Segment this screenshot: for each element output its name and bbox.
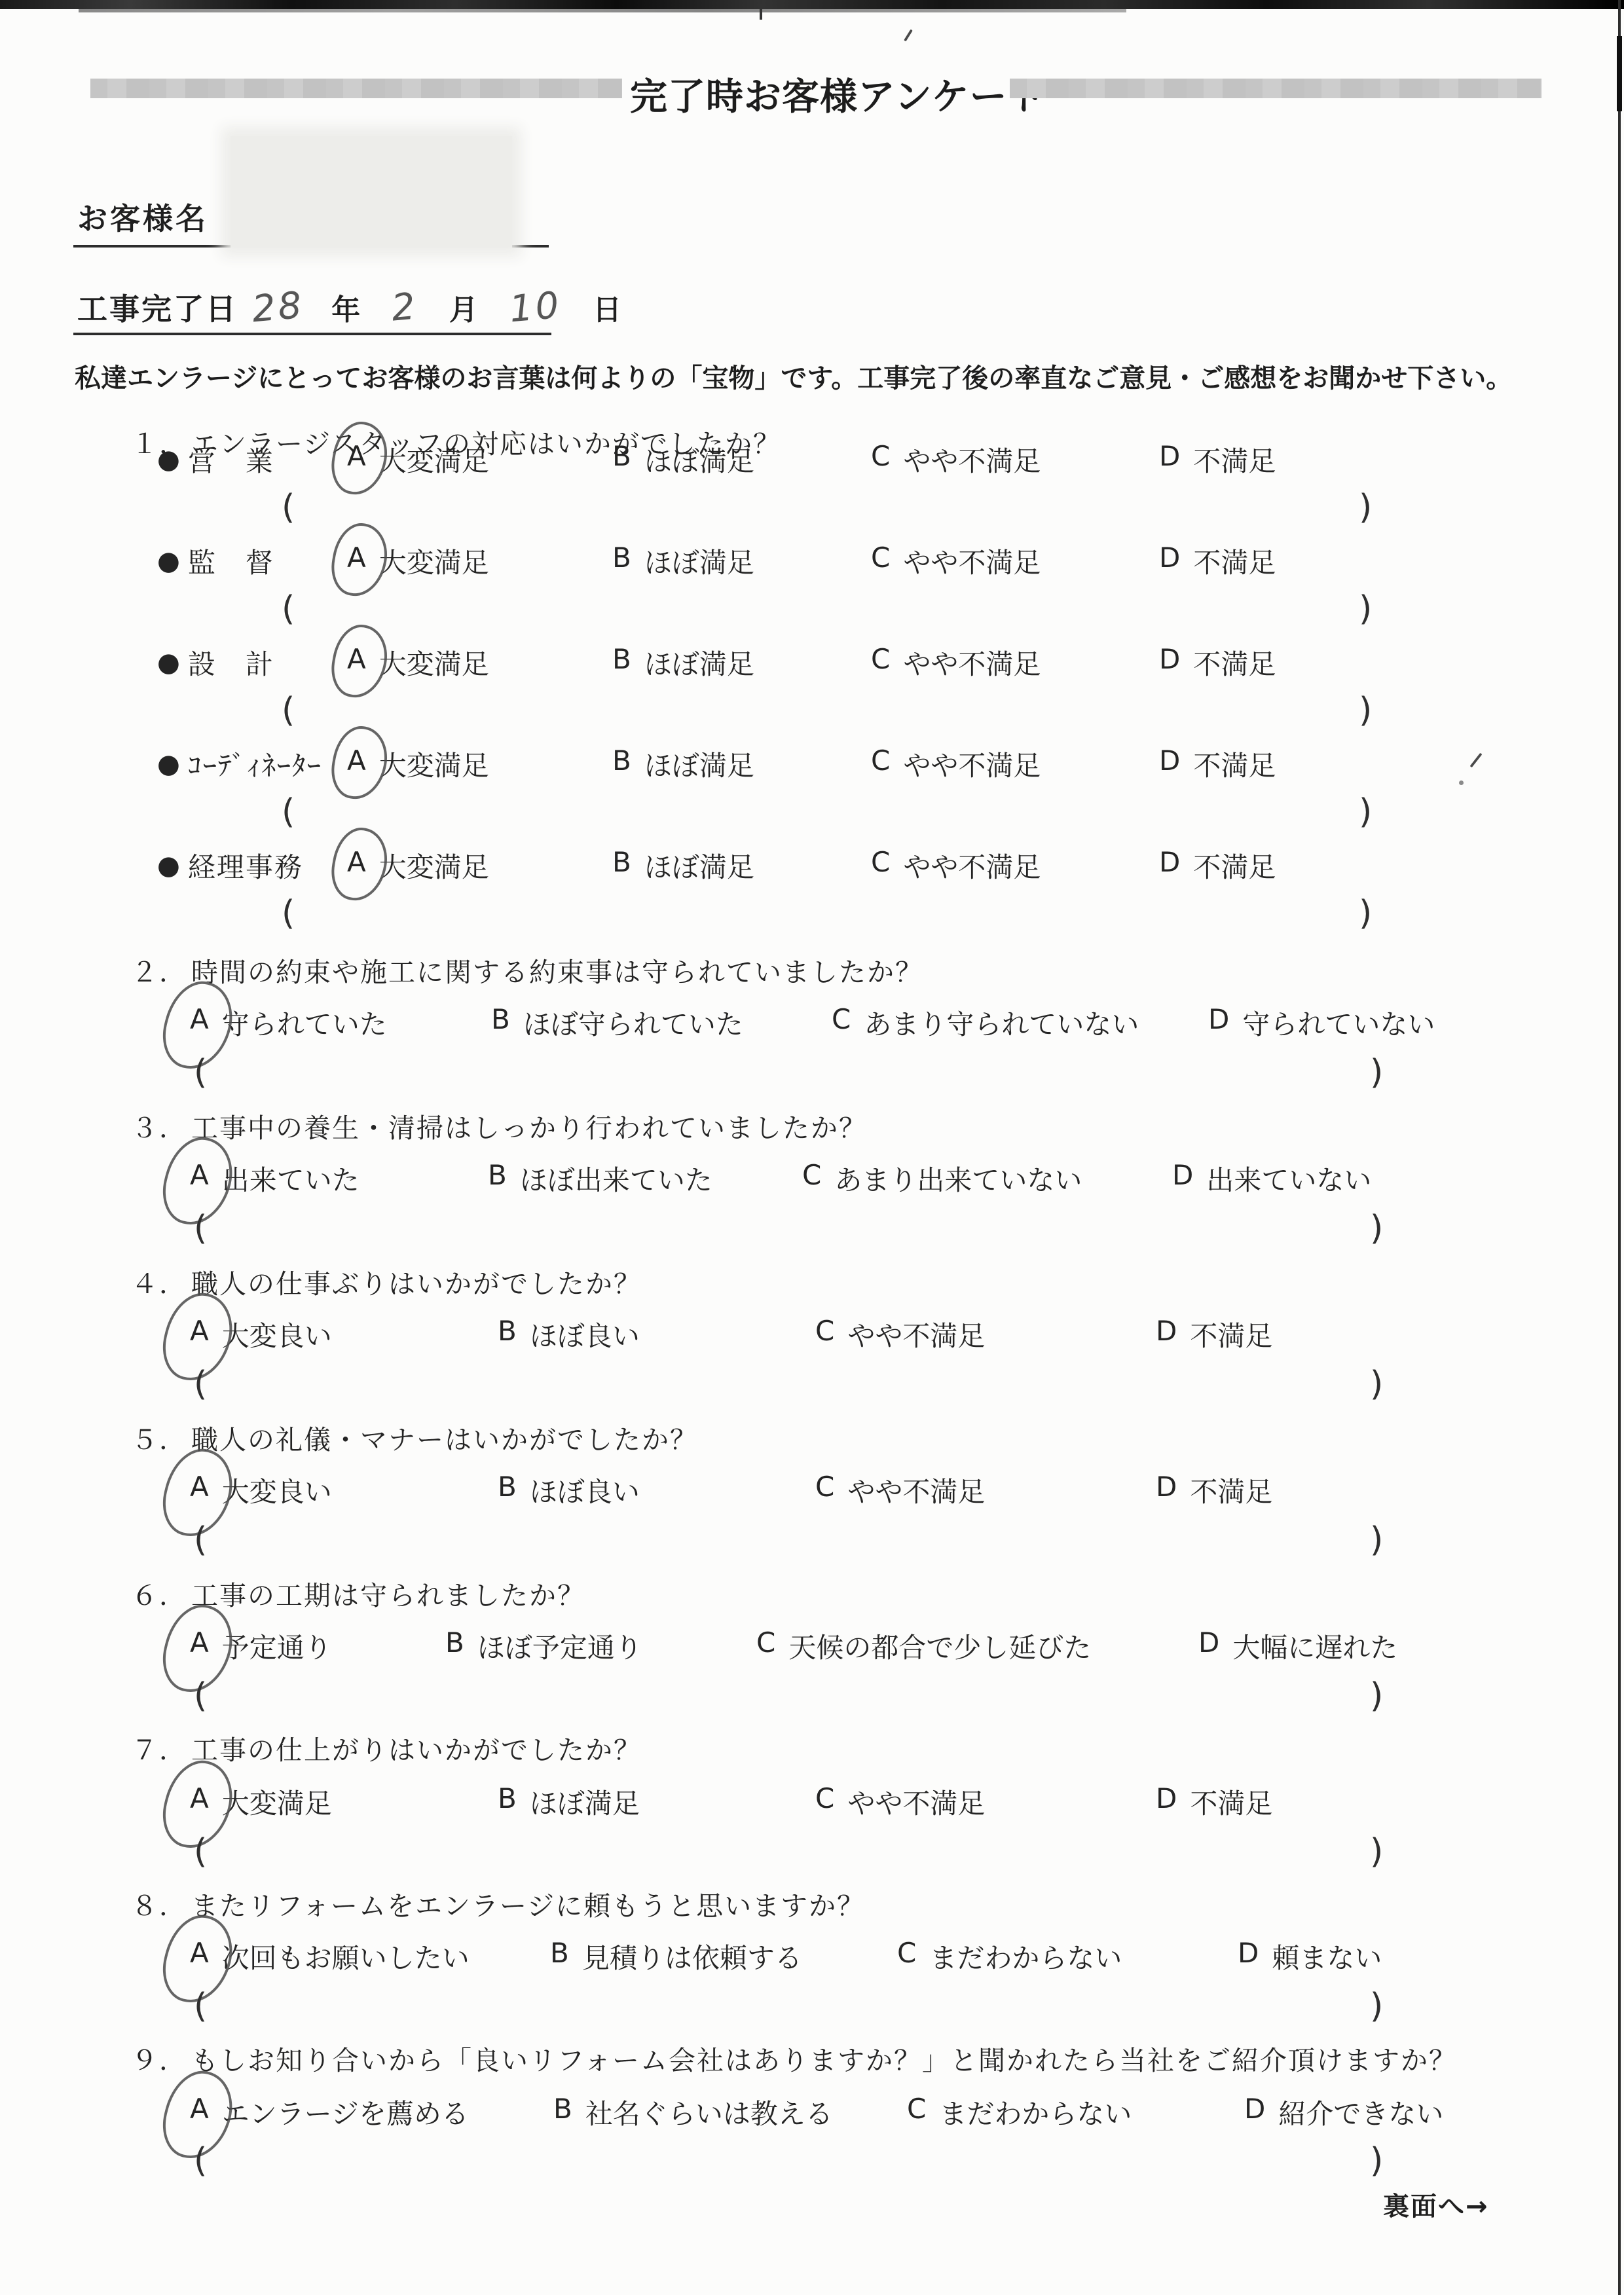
q4-option-d: D不満足 — [1156, 1315, 1272, 1354]
option-label: 大変良い — [222, 1471, 332, 1510]
q5-option-d: D不満足 — [1156, 1471, 1272, 1510]
header-decoration-bar-right — [1010, 79, 1541, 98]
question-number: ６． — [131, 1580, 187, 1611]
comment-paren-open: ( — [282, 792, 295, 832]
option-letter: C — [756, 1626, 775, 1666]
question-text: 職人の礼儀・マナーはいかがでしたか？ — [191, 1424, 698, 1456]
option-letter: D — [1159, 440, 1180, 479]
scan-edge-right — [1618, 0, 1621, 2295]
handwritten-answer-circle — [327, 824, 392, 906]
question-text: 時間の約束や施工に関する約束事は守られていましたか？ — [191, 957, 923, 988]
handwritten-answer-circle — [327, 722, 392, 804]
completion-date-underline — [73, 333, 551, 335]
option-label: あまり出来ていない — [834, 1159, 1082, 1198]
q2-option-c: Cあまり守られていない — [832, 1003, 1208, 1042]
page-header: 完了時お客様アンケート — [0, 72, 1624, 111]
option-letter: C — [871, 440, 890, 479]
question-5-title: ５．職人の礼儀・マナーはいかがでしたか？ — [131, 1418, 698, 1457]
comment-paren-open: ( — [194, 1053, 207, 1092]
q6-option-a: A予定通り — [190, 1626, 445, 1666]
option-label: 出来ていない — [1206, 1159, 1371, 1198]
q6-option-c: C天候の都合で少し延びた — [756, 1626, 1198, 1666]
option-label: 不満足 — [1190, 1471, 1272, 1510]
option-label: 大変満足 — [379, 440, 489, 479]
q2-option-b: Bほぼ守られていた — [491, 1003, 832, 1042]
option-letter: D — [1159, 744, 1180, 784]
q1-accounting-option-d: D不満足 — [1159, 846, 1276, 885]
option-label: エンラージを薦める — [222, 2093, 469, 2132]
q6-option-b: Bほぼ予定通り — [445, 1626, 756, 1666]
option-label: 不満足 — [1193, 643, 1276, 682]
option-label: 大幅に遅れた — [1232, 1626, 1397, 1666]
question-text: 工事の工期は守られましたか？ — [191, 1580, 585, 1611]
option-label: ほぼ予定通り — [477, 1626, 642, 1666]
q4-option-b: Bほぼ良い — [498, 1315, 815, 1354]
customer-name-label: お客様名 — [77, 195, 208, 238]
handwritten-month: 2 — [390, 285, 420, 329]
stray-pen-mark — [1469, 753, 1482, 768]
question-text: またリフォームをエンラージに頼もうと思いますか？ — [191, 1890, 865, 1922]
q1-row-accounting: ●経理事務 A大変満足 Bほぼ満足 Cやや不満足 D不満足 — [157, 846, 1276, 885]
comment-paren-close: ) — [1370, 1520, 1383, 1560]
option-label: 頼まない — [1272, 1937, 1382, 1976]
q3-option-b: Bほぼ出来ていた — [488, 1159, 802, 1198]
option-letter: D — [1244, 2093, 1265, 2132]
scan-edge-top — [0, 0, 1624, 9]
option-letter: D — [1208, 1003, 1229, 1042]
q1-supervisor-option-b: Bほぼ満足 — [612, 542, 871, 581]
option-label: ほぼ良い — [530, 1315, 640, 1354]
comment-paren-open: ( — [194, 1987, 207, 2026]
q7-option-d: D不満足 — [1156, 1782, 1272, 1822]
option-letter: D — [1198, 1626, 1219, 1666]
question-2-options: A守られていた Bほぼ守られていた Cあまり守られていない D守られていない — [190, 1003, 1435, 1042]
option-letter: B — [488, 1159, 507, 1198]
option-letter: B — [553, 2093, 572, 2132]
option-label: 大変満足 — [379, 846, 489, 885]
comment-paren-close: ) — [1359, 894, 1372, 933]
option-letter: C — [802, 1159, 821, 1198]
option-label: 大変満足 — [379, 643, 489, 682]
option-letter: C — [815, 1782, 834, 1822]
option-letter: B — [498, 1471, 517, 1510]
q1-design-option-d: D不満足 — [1159, 643, 1276, 682]
option-label: やや不満足 — [847, 1471, 985, 1510]
option-label: 不満足 — [1193, 744, 1276, 784]
comment-paren-close: ) — [1370, 1209, 1383, 1248]
option-label: 社名ぐらいは教える — [585, 2093, 833, 2132]
q3-option-d: D出来ていない — [1172, 1159, 1371, 1198]
handwritten-answer-circle — [327, 519, 392, 601]
question-number: ５． — [131, 1424, 187, 1456]
q1-row-design: ●設 計 A大変満足 Bほぼ満足 Cやや不満足 D不満足 — [157, 643, 1276, 682]
q9-option-c: Cまだわからない — [907, 2093, 1244, 2132]
option-label: 紹介できない — [1278, 2093, 1443, 2132]
option-letter: B — [612, 846, 631, 885]
comment-paren-open: ( — [194, 1676, 207, 1716]
option-letter: D — [1159, 643, 1180, 682]
option-label: 見積りは依頼する — [582, 1937, 802, 1976]
option-label: やや不満足 — [903, 643, 1041, 682]
q4-option-a: A大変良い — [190, 1315, 498, 1354]
option-letter: B — [498, 1315, 517, 1354]
row-label: 監 督 — [188, 542, 274, 581]
header-decoration-bar-left — [90, 79, 622, 98]
q1-accounting-option-c: Cやや不満足 — [871, 846, 1159, 885]
q1-row-coordinator: ●ｺｰﾃﾞｨﾈｰﾀｰ A大変満足 Bほぼ満足 Cやや不満足 D不満足 — [157, 744, 1276, 784]
option-label: 不満足 — [1193, 542, 1276, 581]
q1-accounting-option-a: A大変満足 — [347, 846, 612, 885]
option-label: 大変良い — [222, 1315, 332, 1354]
option-label: ほぼ満足 — [530, 1782, 640, 1822]
handwritten-answer-circle — [327, 621, 392, 703]
option-letter: D — [1156, 1471, 1177, 1510]
option-letter: D — [1172, 1159, 1193, 1198]
q8-option-b: B見積りは依頼する — [550, 1937, 897, 1976]
question-3-title: ３．工事中の養生・清掃はしっかり行われていましたか？ — [131, 1107, 867, 1145]
handwritten-year: 28 — [250, 284, 306, 331]
row-label: ｺｰﾃﾞｨﾈｰﾀｰ — [188, 744, 322, 784]
q1-sales-option-b: Bほぼ満足 — [612, 440, 871, 479]
option-label: ほぼ守られていた — [523, 1003, 743, 1042]
option-label: まだわからない — [939, 2093, 1132, 2132]
comment-paren-open: ( — [282, 894, 295, 933]
comment-paren-close: ) — [1370, 1676, 1383, 1716]
option-letter: D — [1159, 846, 1180, 885]
question-text: 職人の仕事ぶりはいかがでしたか？ — [191, 1268, 642, 1300]
option-label: やや不満足 — [903, 744, 1041, 784]
option-label: 大変満足 — [222, 1782, 332, 1822]
q1-supervisor-option-d: D不満足 — [1159, 542, 1276, 581]
year-unit: 年 — [331, 286, 360, 328]
q1-design-option-a: A大変満足 — [347, 643, 612, 682]
comment-paren-open: ( — [282, 691, 295, 730]
option-letter: B — [445, 1626, 464, 1666]
q1-row-supervisor: ●監 督 A大変満足 Bほぼ満足 Cやや不満足 D不満足 — [157, 542, 1276, 581]
question-number: ４． — [131, 1268, 187, 1300]
option-letter: C — [815, 1471, 834, 1510]
option-label: 大変満足 — [379, 542, 489, 581]
q1-design-option-c: Cやや不満足 — [871, 643, 1159, 682]
comment-paren-open: ( — [282, 488, 295, 527]
option-letter: B — [550, 1937, 569, 1976]
comment-paren-open: ( — [194, 2141, 207, 2180]
option-label: ほぼ出来ていた — [520, 1159, 712, 1198]
q2-option-a: A守られていた — [190, 1003, 491, 1042]
option-label: まだわからない — [929, 1937, 1122, 1976]
q1-design-option-b: Bほぼ満足 — [612, 643, 871, 682]
question-3-options: A出来ていた Bほぼ出来ていた Cあまり出来ていない D出来ていない — [190, 1159, 1371, 1198]
option-label: 不満足 — [1193, 440, 1276, 479]
comment-paren-open: ( — [194, 1520, 207, 1560]
option-letter: C — [897, 1937, 916, 1976]
stray-pen-mark — [904, 29, 913, 41]
question-5-options: A大変良い Bほぼ良い Cやや不満足 D不満足 — [190, 1471, 1272, 1510]
option-label: ほぼ満足 — [644, 744, 754, 784]
q3-option-a: A出来ていた — [190, 1159, 488, 1198]
q7-option-c: Cやや不満足 — [815, 1782, 1156, 1822]
question-number: ７． — [131, 1735, 187, 1766]
option-letter: D — [1159, 542, 1180, 581]
option-label: 天候の都合で少し延びた — [788, 1626, 1091, 1666]
option-letter: B — [612, 440, 631, 479]
q6-option-d: D大幅に遅れた — [1198, 1626, 1397, 1666]
bullet-icon: ● — [157, 851, 181, 881]
option-label: やや不満足 — [847, 1782, 985, 1822]
option-label: ほぼ満足 — [644, 643, 754, 682]
option-letter: C — [871, 846, 890, 885]
question-4-options: A大変良い Bほぼ良い Cやや不満足 D不満足 — [190, 1315, 1272, 1354]
scan-edge-top-smudge — [79, 9, 1126, 12]
stray-pen-dot — [1459, 780, 1464, 785]
option-letter: B — [612, 643, 631, 682]
option-label: ほぼ満足 — [644, 440, 754, 479]
bullet-icon: ● — [157, 648, 181, 678]
bullet-icon: ● — [157, 546, 181, 576]
question-number: ９． — [131, 2045, 187, 2076]
question-9-options: Aエンラージを薦める B社名ぐらいは教える Cまだわからない D紹介できない — [190, 2093, 1443, 2132]
comment-paren-open: ( — [194, 1365, 207, 1404]
q8-option-c: Cまだわからない — [897, 1937, 1238, 1976]
option-label: 予定通り — [222, 1626, 332, 1666]
comment-paren-close: ) — [1370, 2141, 1383, 2180]
bullet-icon: ● — [157, 749, 181, 779]
q1-coordinator-option-d: D不満足 — [1159, 744, 1276, 784]
option-letter: D — [1156, 1782, 1177, 1822]
day-unit: 日 — [593, 286, 621, 328]
option-label: 大変満足 — [379, 744, 489, 784]
q1-sales-option-c: Cやや不満足 — [871, 440, 1159, 479]
comment-paren-open: ( — [194, 1832, 207, 1871]
comment-paren-open: ( — [194, 1209, 207, 1248]
comment-paren-close: ) — [1370, 1053, 1383, 1092]
q7-option-b: Bほぼ満足 — [498, 1782, 815, 1822]
option-letter: B — [612, 744, 631, 784]
q2-option-d: D守られていない — [1208, 1003, 1435, 1042]
question-9-title: ９．もしお知り合いから「良いリフォーム会社はありますか？」と聞かれたら当社をご紹… — [131, 2039, 1457, 2078]
comment-paren-close: ) — [1359, 792, 1372, 832]
q9-option-b: B社名ぐらいは教える — [553, 2093, 907, 2132]
option-label: ほぼ良い — [530, 1471, 640, 1510]
option-letter: C — [871, 643, 890, 682]
comment-paren-open: ( — [282, 589, 295, 629]
question-number: ３． — [131, 1112, 187, 1144]
question-8-options: A次回もお願いしたい B見積りは依頼する Cまだわからない D頼まない — [190, 1937, 1382, 1976]
question-number: ２． — [131, 957, 187, 988]
option-letter: C — [815, 1315, 834, 1354]
bullet-icon: ● — [157, 445, 181, 475]
q9-option-a: Aエンラージを薦める — [190, 2093, 553, 2132]
option-label: やや不満足 — [847, 1315, 985, 1354]
question-2-title: ２．時間の約束や施工に関する約束事は守られていましたか？ — [131, 951, 923, 989]
option-letter: B — [612, 542, 631, 581]
handwritten-day: 10 — [507, 284, 563, 331]
option-label: あまり守られていない — [864, 1003, 1139, 1042]
option-label: 出来ていた — [222, 1159, 360, 1198]
comment-paren-close: ) — [1370, 1365, 1383, 1404]
row-label: 設 計 — [188, 643, 274, 682]
option-letter: C — [871, 542, 890, 581]
option-letter: C — [832, 1003, 851, 1042]
question-8-title: ８．またリフォームをエンラージに頼もうと思いますか？ — [131, 1884, 865, 1923]
completion-date-label: 工事完了日 — [77, 285, 238, 329]
q5-option-a: A大変良い — [190, 1471, 498, 1510]
q1-supervisor-option-a: A大変満足 — [347, 542, 612, 581]
q1-coordinator-option-a: A大変満足 — [347, 744, 612, 784]
option-letter: C — [871, 744, 890, 784]
q4-option-c: Cやや不満足 — [815, 1315, 1156, 1354]
option-label: 守られていた — [222, 1003, 387, 1042]
option-label: 不満足 — [1190, 1782, 1272, 1822]
question-6-options: A予定通り Bほぼ予定通り C天候の都合で少し延びた D大幅に遅れた — [190, 1626, 1397, 1666]
q1-coordinator-option-b: Bほぼ満足 — [612, 744, 871, 784]
question-text: もしお知り合いから「良いリフォーム会社はありますか？」と聞かれたら当社をご紹介頂… — [191, 2045, 1457, 2076]
q1-row-sales: ●営 業 A大変満足 Bほぼ満足 Cやや不満足 D不満足 — [157, 440, 1276, 479]
option-letter: C — [907, 2093, 926, 2132]
q7-option-a: A大変満足 — [190, 1782, 498, 1822]
option-label: ほぼ満足 — [644, 846, 754, 885]
option-label: 不満足 — [1193, 846, 1276, 885]
comment-paren-close: ) — [1370, 1987, 1383, 2026]
q5-option-c: Cやや不満足 — [815, 1471, 1156, 1510]
comment-paren-close: ) — [1359, 691, 1372, 730]
customer-name-redaction — [231, 136, 512, 248]
option-label: 次回もお願いしたい — [222, 1937, 470, 1976]
q1-supervisor-option-c: Cやや不満足 — [871, 542, 1159, 581]
comment-paren-close: ) — [1370, 1832, 1383, 1871]
back-side-note: 裏面へ→ — [1383, 2186, 1489, 2223]
q3-option-c: Cあまり出来ていない — [802, 1159, 1172, 1198]
scan-tick-mark — [760, 4, 762, 20]
month-unit: 月 — [449, 286, 478, 328]
question-text: 工事の仕上がりはいかがでしたか？ — [191, 1735, 642, 1766]
option-letter: D — [1238, 1937, 1259, 1976]
row-label: 営 業 — [188, 440, 274, 479]
completion-date-row: 工事完了日 28 年 2 月 10 日 — [77, 285, 621, 329]
q5-option-b: Bほぼ良い — [498, 1471, 815, 1510]
row-label: 経理事務 — [188, 846, 303, 885]
intro-text: 私達エンラージにとってお客様のお言葉は何よりの「宝物」です。工事完了後の率直なご… — [75, 358, 1512, 395]
comment-paren-close: ) — [1359, 589, 1372, 629]
option-label: やや不満足 — [903, 846, 1041, 885]
option-label: 守られていない — [1242, 1003, 1435, 1042]
q8-option-a: A次回もお願いしたい — [190, 1937, 550, 1976]
page-title: 完了時お客様アンケート — [630, 67, 1046, 120]
option-label: 不満足 — [1190, 1315, 1272, 1354]
option-label: ほぼ満足 — [644, 542, 754, 581]
q9-option-d: D紹介できない — [1244, 2093, 1443, 2132]
q1-sales-option-d: D不満足 — [1159, 440, 1276, 479]
option-letter: B — [491, 1003, 510, 1042]
question-text: 工事中の養生・清掃はしっかり行われていましたか？ — [191, 1112, 867, 1144]
scanned-survey-page: 完了時お客様アンケート お客様名 工事完了日 28 年 2 月 10 日 私達エ… — [0, 0, 1624, 2295]
q1-sales-option-a: A大変満足 — [347, 440, 612, 479]
q1-coordinator-option-c: Cやや不満足 — [871, 744, 1159, 784]
option-label: やや不満足 — [903, 440, 1041, 479]
q1-accounting-option-b: Bほぼ満足 — [612, 846, 871, 885]
question-7-options: A大変満足 Bほぼ満足 Cやや不満足 D不満足 — [190, 1782, 1272, 1822]
option-letter: B — [498, 1782, 517, 1822]
option-label: やや不満足 — [903, 542, 1041, 581]
question-number: ８． — [131, 1890, 187, 1922]
q8-option-d: D頼まない — [1238, 1937, 1382, 1976]
option-letter: D — [1156, 1315, 1177, 1354]
comment-paren-close: ) — [1359, 488, 1372, 527]
